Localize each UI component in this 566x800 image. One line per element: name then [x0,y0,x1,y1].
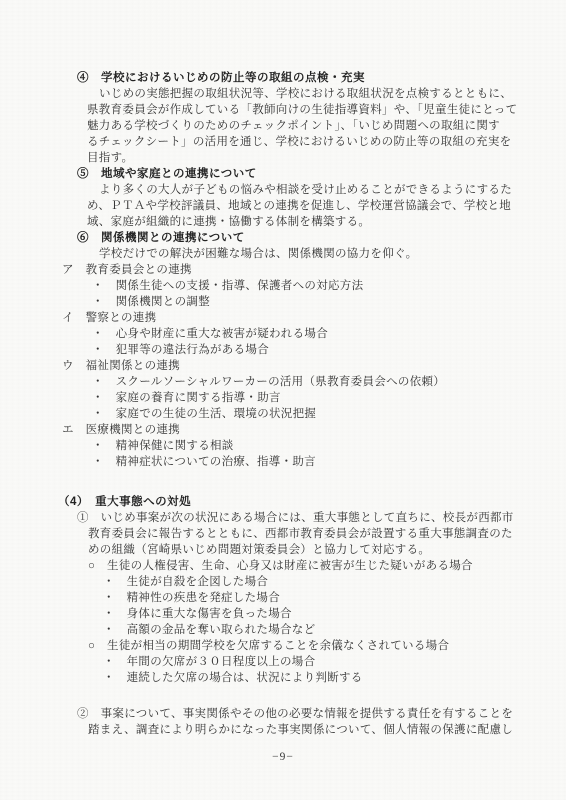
text-line: ○ 生徒が相当の期間学校を欠席することを余儀なくされている場合 [88,638,566,654]
text-line: ・ 犯罪等の違法行為がある場合 [92,342,566,358]
text-line: るチェックシート」の活用を通じ、学校におけるいじめの防止等の取組の充実を [87,134,566,150]
page-number: −9− [0,749,566,765]
text-line: ○ 生徒の人権侵害、生命、心身又は財産に被害が生じた疑いがある場合 [88,558,566,574]
document-body: ④ 学校におけるいじめの防止等の取組の点検・充実いじめの実態把握の取組状況等、学… [0,0,566,738]
text-line: 魅力ある学校づくりのためのチェックポイント」、「いじめ問題への取組に関す [87,118,566,134]
heading-line: ⑥ 関係機関との連携について [77,230,566,246]
text-line: イ 警察との連携 [62,310,566,326]
text-line: ・ 関係機関との調整 [92,294,566,310]
text-line: ・ 心身や財産に重大な被害が疑われる場合 [92,326,566,342]
text-line: ① いじめ事案が次の状況にある場合には、重大事態として直ちに、校長が西都市 [77,510,566,526]
text-line: めの組織（宮崎県いじめ問題対策委員会）と協力して対応する。 [88,542,566,558]
text-line: ・ 身体に重大な傷害を負った場合 [103,606,566,622]
text-line: ・ 精神症状についての治療、指導・助言 [92,454,566,470]
text-line: め、ＰＴＡや学校評議員、地域との連携を促進し、学校運営協議会で、学校と地 [87,198,566,214]
text-line: ・ 家庭での生徒の生活、環境の状況把握 [92,406,566,422]
text-line: ウ 福祉関係との連携 [62,358,566,374]
text-line: 教育委員会に報告するとともに、西都市教育委員会が設置する重大事態調査のた [88,526,566,542]
heading-line: （4） 重大事態への対処 [58,494,566,510]
text-line: 県教育委員会が作成している「教師向けの生徒指導資料」や、「児童生徒にとって [87,102,566,118]
text-line: ② 事案について、事実関係やその他の必要な情報を提供する責任を有することを [77,706,566,722]
text-line: ・ 精神性の疾患を発症した場合 [103,590,566,606]
text-line: いじめの実態把握の取組状況等、学校における取組状況を点検するとともに、 [99,86,566,102]
text-line: 域、家庭が組織的に連携・協働する体制を構築する。 [87,214,566,230]
heading-line: ④ 学校におけるいじめの防止等の取組の点検・充実 [77,70,566,86]
text-line: 目指す。 [87,150,566,166]
text-line: ・ 関係生徒への支援・指導、保護者への対応方法 [92,278,566,294]
text-line: 踏まえ、調査により明らかになった事実関係について、個人情報の保護に配慮し [88,722,566,738]
text-line: ・ 高額の金品を奪い取られた場合など [103,622,566,638]
text-line: ・ 連続した欠席の場合は、状況により判断する [103,670,566,686]
text-line: ・ 精神保健に関する相談 [92,438,566,454]
heading-line: ⑤ 地域や家庭との連携について [77,166,566,182]
text-line: ・ スクールソーシャルワーカーの活用（県教育委員会への依頼） [92,374,566,390]
text-line: ・ 家庭の養育に関する指導・助言 [92,390,566,406]
text-line: ・ 生徒が自殺を企図した場合 [103,574,566,590]
text-line: より多くの大人が子どもの悩みや相談を受け止めることができるようにするた [99,182,566,198]
document-page: ④ 学校におけるいじめの防止等の取組の点検・充実いじめの実態把握の取組状況等、学… [0,0,566,800]
text-line: 学校だけでの解決が困難な場合は、関係機関の協力を仰ぐ。 [99,246,566,262]
text-line: ア 教育委員会との連携 [62,262,566,278]
text-line: ・ 年間の欠席が３０日程度以上の場合 [103,654,566,670]
text-line: エ 医療機関との連携 [62,422,566,438]
